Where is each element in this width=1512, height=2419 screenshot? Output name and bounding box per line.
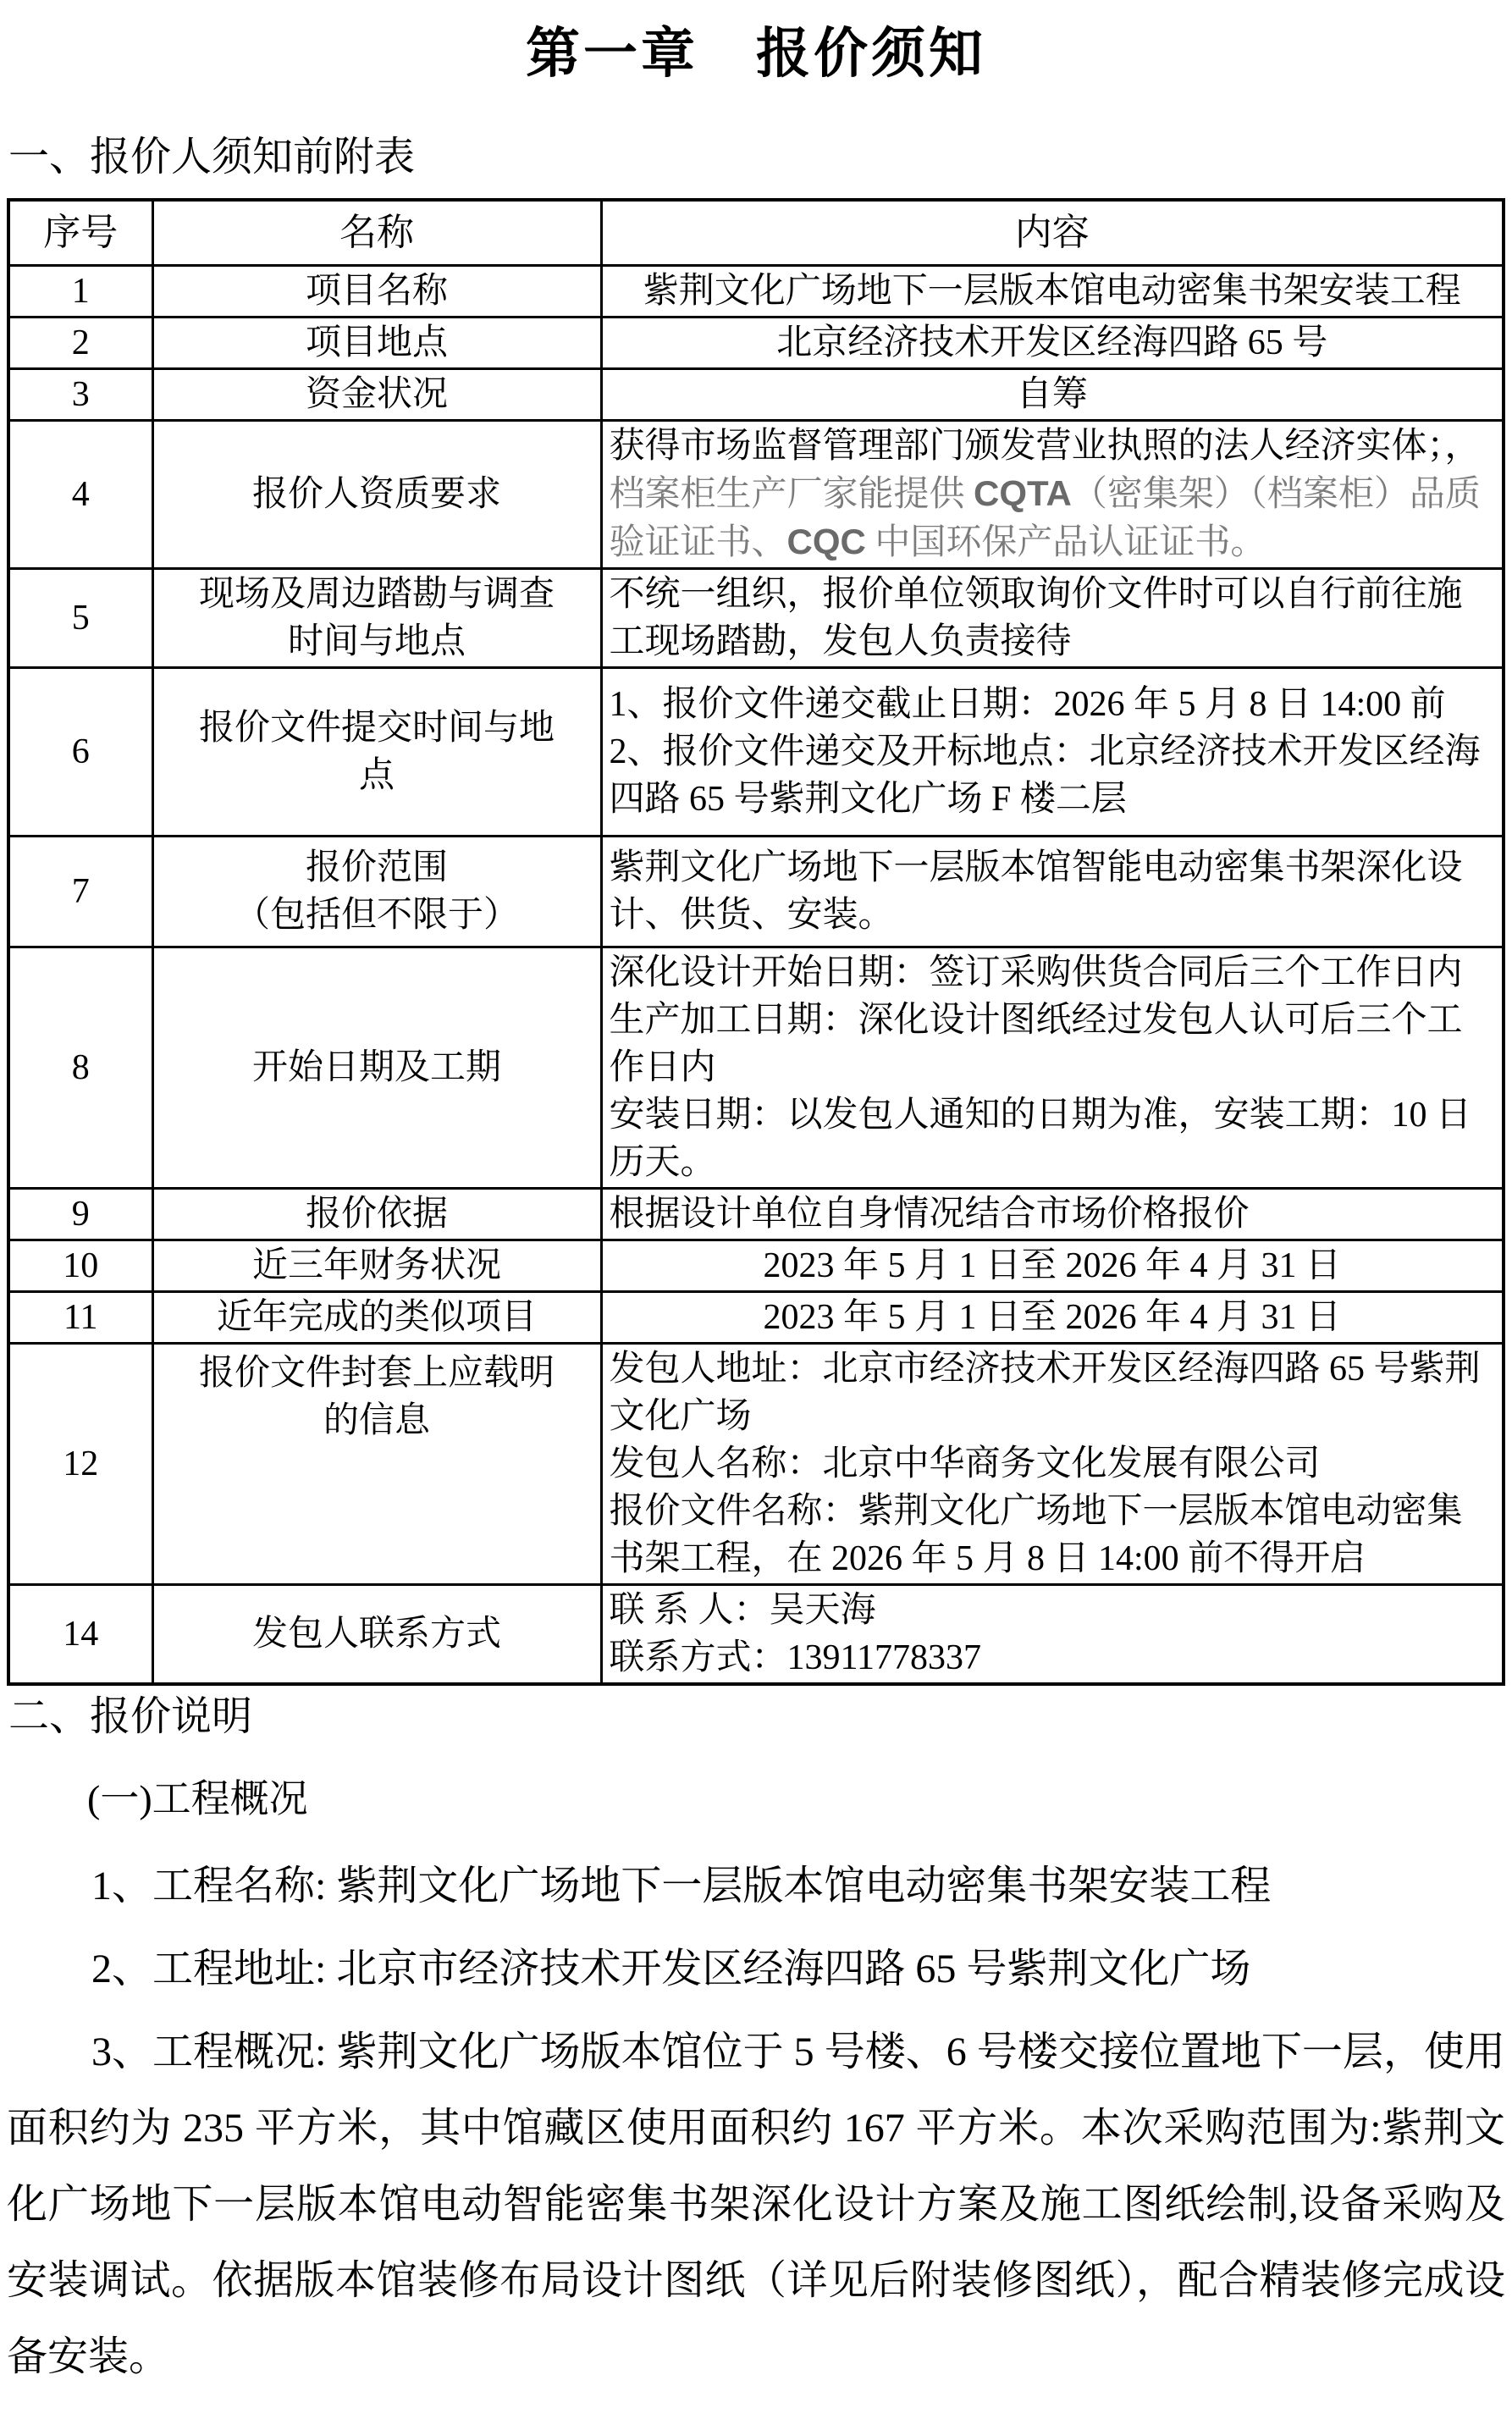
- document-page: 第一章 报价须知 一、报价人须知前附表 序号 名称 内容 1项目名称紫荆文化广场…: [0, 0, 1512, 2419]
- table-header-name: 名称: [152, 200, 601, 266]
- table-header-content: 内容: [601, 200, 1504, 266]
- content-text: 2023 年 5 月 1 日至 2026 年 4 月 31 日: [763, 1298, 1341, 1337]
- content-text: 中国环保产品认证证书。: [866, 523, 1266, 562]
- table-row: 8开始日期及工期深化设计开始日期：签订采购供货合同后三个工作日内 生产加工日期：…: [8, 947, 1504, 1189]
- cell-content: 紫荆文化广场地下一层版本馆智能电动密集书架深化设计、供货、安装。: [601, 837, 1504, 947]
- table-row: 10近三年财务状况2023 年 5 月 1 日至 2026 年 4 月 31 日: [8, 1240, 1504, 1292]
- cell-name: 近三年财务状况: [152, 1240, 601, 1292]
- table-row: 2项目地点北京经济技术开发区经海四路 65 号: [8, 318, 1504, 369]
- cell-name: 报价人资质要求: [152, 421, 601, 569]
- table-row: 3资金状况自筹: [8, 369, 1504, 421]
- cell-name: 资金状况: [152, 369, 601, 421]
- table-header-seq: 序号: [8, 200, 152, 266]
- cell-seq: 8: [8, 947, 152, 1189]
- content-text: 发包人地址：北京市经济技术开发区经海四路 65 号紫荆文化广场 发包人名称：北京…: [610, 1350, 1481, 1578]
- cell-name: 报价范围 （包括但不限于）: [152, 837, 601, 947]
- content-text: 联 系 人：吴天海 联系方式：13911778337: [610, 1591, 981, 1677]
- cell-seq: 5: [8, 569, 152, 668]
- content-text: 根据设计单位自身情况结合市场价格报价: [610, 1195, 1250, 1234]
- cell-content: 发包人地址：北京市经济技术开发区经海四路 65 号紫荆文化广场 发包人名称：北京…: [601, 1344, 1504, 1585]
- note-item-project-overview: 3、工程概况: 紫荆文化广场版本馆位于 5 号楼、6 号楼交接位置地下一层，使用…: [7, 2014, 1505, 2395]
- cell-name: 发包人联系方式: [152, 1585, 601, 1685]
- content-text: 深化设计开始日期：签订采购供货合同后三个工作日内 生产加工日期：深化设计图纸经过…: [610, 953, 1472, 1182]
- content-text: 2023 年 5 月 1 日至 2026 年 4 月 31 日: [763, 1246, 1341, 1285]
- cell-content: 根据设计单位自身情况结合市场价格报价: [601, 1189, 1504, 1240]
- cell-seq: 10: [8, 1240, 152, 1292]
- cell-name: 项目地点: [152, 318, 601, 369]
- content-text: 紫荆文化广场地下一层版本馆电动密集书架安装工程: [643, 272, 1461, 311]
- cell-seq: 1: [8, 266, 152, 318]
- cell-content: 1、报价文件递交截止日期：2026 年 5 月 8 日 14:00 前 2、报价…: [601, 668, 1504, 837]
- content-text: 紫荆文化广场地下一层版本馆智能电动密集书架深化设计、供货、安装。: [610, 848, 1463, 935]
- page-title: 第一章 报价须知: [7, 20, 1505, 88]
- cell-seq: 6: [8, 668, 152, 837]
- cell-content: 2023 年 5 月 1 日至 2026 年 4 月 31 日: [601, 1240, 1504, 1292]
- cell-seq: 11: [8, 1292, 152, 1344]
- cell-seq: 12: [8, 1344, 152, 1585]
- pre-bid-notice-table: 序号 名称 内容 1项目名称紫荆文化广场地下一层版本馆电动密集书架安装工程2项目…: [7, 198, 1505, 1686]
- cell-name: 报价文件提交时间与地 点: [152, 668, 601, 837]
- cell-seq: 9: [8, 1189, 152, 1240]
- content-text: 档案柜生产厂家能提供: [610, 475, 974, 514]
- content-text: 1、报价文件递交截止日期：2026 年 5 月 8 日 14:00 前 2、报价…: [610, 685, 1481, 819]
- certification-acronym: CQC: [787, 522, 866, 561]
- content-text: 获得市场监督管理部门颁发营业执照的法人经济实体；，: [610, 427, 1481, 466]
- cell-seq: 4: [8, 421, 152, 569]
- table-row: 1项目名称紫荆文化广场地下一层版本馆电动密集书架安装工程: [8, 266, 1504, 318]
- cell-content: 联 系 人：吴天海 联系方式：13911778337: [601, 1585, 1504, 1685]
- cell-name: 报价依据: [152, 1189, 601, 1240]
- cell-name: 开始日期及工期: [152, 947, 601, 1189]
- cell-content: 不统一组织，报价单位领取询价文件时可以自行前往施工现场踏勘，发包人负责接待: [601, 569, 1504, 668]
- cell-seq: 14: [8, 1585, 152, 1685]
- note-item-project-address: 2、工程地址: 北京市经济技术开发区经海四路 65 号紫荆文化广场: [7, 1931, 1505, 2008]
- content-text: 不统一组织，报价单位领取询价文件时可以自行前往施工现场踏勘，发包人负责接待: [610, 575, 1463, 661]
- table-row: 5现场及周边踏勘与调查 时间与地点不统一组织，报价单位领取询价文件时可以自行前往…: [8, 569, 1504, 668]
- table-row: 6报价文件提交时间与地 点1、报价文件递交截止日期：2026 年 5 月 8 日…: [8, 668, 1504, 837]
- cell-content: 深化设计开始日期：签订采购供货合同后三个工作日内 生产加工日期：深化设计图纸经过…: [601, 947, 1504, 1189]
- table-header-row: 序号 名称 内容: [8, 200, 1504, 266]
- cell-content: 紫荆文化广场地下一层版本馆电动密集书架安装工程: [601, 266, 1504, 318]
- table-row: 9报价依据根据设计单位自身情况结合市场价格报价: [8, 1189, 1504, 1240]
- cell-content: 2023 年 5 月 1 日至 2026 年 4 月 31 日: [601, 1292, 1504, 1344]
- table-row: 12报价文件封套上应载明 的信息发包人地址：北京市经济技术开发区经海四路 65 …: [8, 1344, 1504, 1585]
- table-row: 11近年完成的类似项目2023 年 5 月 1 日至 2026 年 4 月 31…: [8, 1292, 1504, 1344]
- section1-heading: 一、报价人须知前附表: [8, 132, 1505, 183]
- cell-name: 报价文件封套上应载明 的信息: [152, 1344, 601, 1585]
- cell-name: 现场及周边踏勘与调查 时间与地点: [152, 569, 601, 668]
- table-row: 7报价范围 （包括但不限于）紫荆文化广场地下一层版本馆智能电动密集书架深化设计、…: [8, 837, 1504, 947]
- table-row: 4报价人资质要求获得市场监督管理部门颁发营业执照的法人经济实体；，档案柜生产厂家…: [8, 421, 1504, 569]
- table-row: 14发包人联系方式联 系 人：吴天海 联系方式：13911778337: [8, 1585, 1504, 1685]
- table-body: 1项目名称紫荆文化广场地下一层版本馆电动密集书架安装工程2项目地点北京经济技术开…: [8, 266, 1504, 1685]
- content-text: 自筹: [1017, 375, 1088, 414]
- cell-seq: 3: [8, 369, 152, 421]
- cell-content: 获得市场监督管理部门颁发营业执照的法人经济实体；，档案柜生产厂家能提供 CQTA…: [601, 421, 1504, 569]
- cell-seq: 7: [8, 837, 152, 947]
- cell-content: 北京经济技术开发区经海四路 65 号: [601, 318, 1504, 369]
- cell-name: 项目名称: [152, 266, 601, 318]
- certification-acronym: CQTA: [974, 473, 1072, 513]
- note-item-project-name: 1、工程名称: 紫荆文化广场地下一层版本馆电动密集书架安装工程: [7, 1848, 1505, 1925]
- subsection-heading: (一)工程概况: [87, 1774, 1505, 1825]
- cell-seq: 2: [8, 318, 152, 369]
- cell-content: 自筹: [601, 369, 1504, 421]
- content-text: 北京经济技术开发区经海四路 65 号: [776, 323, 1327, 362]
- cell-name: 近年完成的类似项目: [152, 1292, 601, 1344]
- section2-heading: 二、报价说明: [8, 1691, 1505, 1743]
